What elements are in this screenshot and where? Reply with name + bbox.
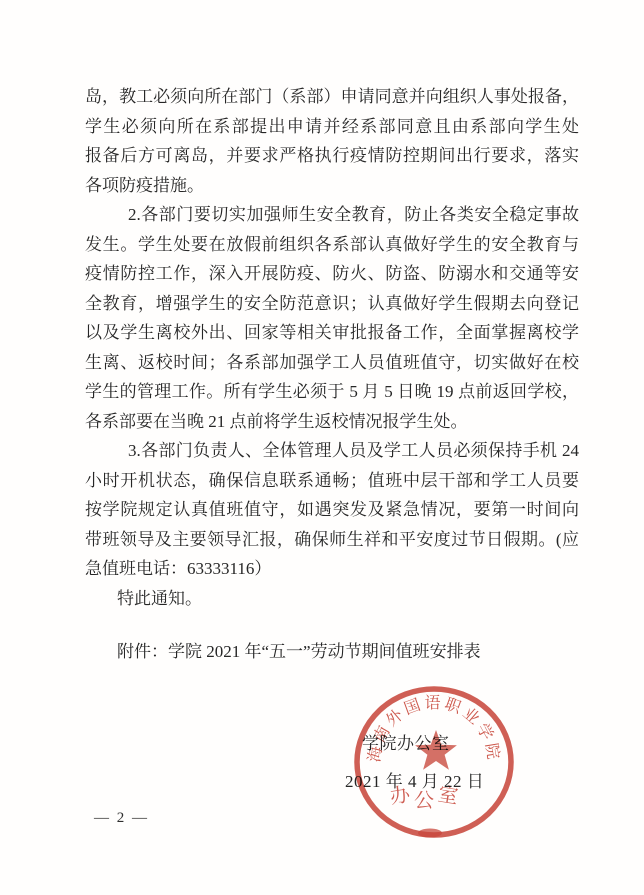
text-line: 全教育，增强学生的安全防范意识；认真做好学生假期去向登记 (85, 289, 579, 319)
text-line: 疫情防控工作，深入开展防疫、防火、防盗、防溺水和交通等安 (85, 259, 579, 289)
text-line: 学生必须向所在系部提出申请并经系部同意且由系部向学生处 (85, 112, 579, 142)
text-line: 3.各部门负责人、全体管理人员及学工人员必须保持手机 24 (85, 436, 579, 466)
text-line: 学生的管理工作。所有学生必须于 5 月 5 日晚 19 点前返回学校， (85, 377, 579, 407)
text-line: 急值班电话：63333116） (85, 554, 579, 584)
text-line: 报备后方可离岛，并要求严格执行疫情防控期间出行要求，落实 (85, 141, 579, 171)
official-seal: 海南外国语职业学院 办 公 室 (352, 683, 516, 841)
text-line: 各系部要在当晚 21 点前将学生返校情况报学生处。 (85, 407, 579, 437)
text-line: 各项防疫措施。 (85, 171, 579, 201)
seal-bottom-char: 室 (436, 783, 459, 809)
seal-bottom-char: 公 (414, 790, 434, 812)
text-line: 小时开机状态，确保信息联系通畅；值班中层干部和学工人员要 (85, 466, 579, 496)
text-line: 特此通知。 (85, 584, 579, 614)
seal-bottom-char: 办 (388, 783, 412, 809)
text-line: 附件：学院 2021 年“五一”劳动节期间值班安排表 (85, 637, 579, 667)
text-line: 生离、返校时间；各系部加强学工人员值班值守，切实做好在校 (85, 348, 579, 378)
seal-star-icon (415, 730, 457, 770)
text-line: 2.各部门要切实加强师生安全教育，防止各类安全稳定事故 (85, 200, 579, 230)
text-line: 以及学生离校外出、回家等相关审批报备工作，全面掌握离校学 (85, 318, 579, 348)
document-body: 岛，教工必须向所在部门（系部）申请同意并向组织人事处报备，学生必须向所在系部提出… (85, 82, 579, 667)
text-line: 发生。学生处要在放假前组织各系部认真做好学生的安全教育与 (85, 230, 579, 260)
page-number: — 2 — (94, 810, 149, 827)
text-line: 按学院规定认真值班值守，如遇突发及紧急情况，要第一时间向 (85, 495, 579, 525)
text-line: 岛，教工必须向所在部门（系部）申请同意并向组织人事处报备， (85, 82, 579, 112)
text-line: 带班领导及主要领导汇报，确保师生祥和平安度过节日假期。(应 (85, 525, 579, 555)
seal-ink-smudge (418, 829, 442, 838)
document-page: 岛，教工必须向所在部门（系部）申请同意并向组织人事处报备，学生必须向所在系部提出… (0, 0, 644, 895)
